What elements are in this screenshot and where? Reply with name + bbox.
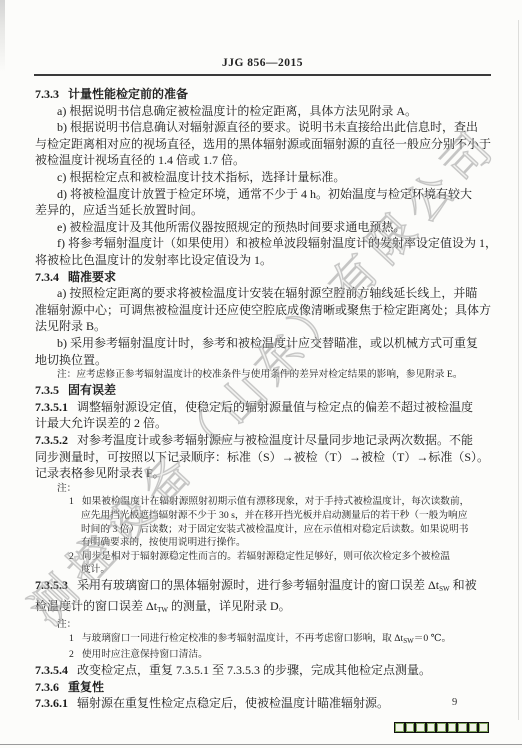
- text-line: 法见附录 B。: [35, 318, 493, 335]
- line-text: 记录表格参见附录表 F。: [35, 466, 165, 480]
- text-line: 7.3.5.3采用有玻璃窗口的黑体辐射源时，进行参考辐射温度计的窗口误差 ΔtS…: [35, 577, 493, 598]
- text-line: 同步测量时，可按照以下记录顺序：标准（S）→被检（T）→被检（T）→标准（S）。: [35, 449, 493, 466]
- line-text: 法见附录 B。: [35, 319, 106, 333]
- text-line: b) 根据说明书信息确认对辐射源直径的要求。说明书未直接给出此信息时，查出: [35, 119, 493, 136]
- text-line: 注：: [35, 618, 493, 632]
- line-text: 同步测量时，可按照以下记录顺序：标准（S）→被检（T）→被检（T）→标准（S）。: [35, 450, 489, 464]
- line-text: 计最大允许误差的 2 倍。: [35, 416, 167, 430]
- line-text: 采用有玻璃窗口的黑体辐射源时，进行参考辐射温度计的窗口误差 ΔtSW 和被: [77, 578, 477, 592]
- text-line: d) 将被检温度计放置于检定环境，通常不少于 4 h。初始温度与检定环境有较大: [35, 186, 493, 203]
- line-text: b) 采用参考辐射温度计时，参考和被检温度计应交替瞄准，或以机械方式可重复: [57, 336, 478, 350]
- text-line: 计最大允许误差的 2 倍。: [35, 415, 493, 432]
- text-line: 差异的，应适当延长放置时间。: [35, 202, 493, 219]
- line-text: 差异的，应适当延长放置时间。: [35, 203, 203, 217]
- clause-number: 7.3.5.3: [35, 578, 68, 592]
- clause-number: 7.3.4: [35, 270, 59, 284]
- text-line: 7.3.6重复性: [35, 679, 493, 696]
- barcode-cell: [479, 723, 488, 732]
- scan-edge-smudge: [0, 0, 5, 72]
- line-text: 使用时应注意保持窗口清洁。: [82, 649, 208, 660]
- line-text: 注：: [57, 619, 76, 630]
- clause-number: 2: [69, 551, 74, 562]
- scan-edge-line: [518, 20, 519, 720]
- line-text: 应先用挡光板遮挡辐射源不少于 30 s，并在移开挡光板并启动测量后的若干秒（一般…: [81, 510, 467, 521]
- scanned-document-page: 测控设备（山东）有限公司 JJG 856—2015 7.3.3计量性能检定前的准…: [0, 0, 522, 748]
- barcode-cell: [437, 723, 446, 732]
- line-text: b) 根据说明书信息确认对辐射源直径的要求。说明书未直接给出此信息时，查出: [57, 120, 478, 134]
- text-line: 7.3.6.1辐射源在重复性检定点稳定后，使被检温度计瞄准辐射源。: [35, 695, 493, 712]
- line-text: 计量性能检定前的准备: [68, 87, 188, 101]
- line-text: 地切换位置。: [35, 353, 107, 367]
- text-line: 7.3.5.4改变检定点，重复 7.3.5.1 至 7.3.5.3 的步骤，完成…: [35, 662, 493, 679]
- clause-number: 7.3.3: [35, 87, 59, 101]
- line-text: f) 将参考辐射温度计（如果使用）和被检单波段辐射温度计的发射率设定值设为 1，: [57, 236, 497, 250]
- line-text: c) 根据检定点和被检温度计技术指标，选择计量标准。: [57, 170, 345, 184]
- text-line: b) 采用参考辐射温度计时，参考和被检温度计应交替瞄准，或以机械方式可重复: [35, 335, 493, 352]
- barcode-cell: [458, 723, 467, 732]
- line-text: 将被检比色温度计的发射率比设定值设为 1。: [35, 253, 272, 267]
- clause-number: 7.3.6: [35, 680, 59, 694]
- barcode-cell: [416, 723, 425, 732]
- clause-number: 7.3.5.2: [35, 433, 68, 447]
- text-line: 1如果被检温度计在辐射源照射初期示值有漂移现象，对于手持式被检温度计，每次读数前…: [35, 495, 493, 509]
- text-line: 1与玻璃窗口一同进行检定校准的参考辐射温度计，不再考虑窗口影响，取 ΔtSW＝0…: [35, 632, 493, 649]
- clause-number: 7.3.5.1: [35, 400, 68, 414]
- clause-number: 1: [69, 633, 74, 644]
- page-number: 9: [452, 697, 457, 708]
- line-text: 瞄准要求: [68, 270, 116, 284]
- text-line: 度计。: [35, 563, 493, 577]
- barcode-cell: [448, 723, 457, 732]
- line-text: e) 被检温度计及其他所需仪器按照规定的预热时间要求通电预热。: [57, 220, 405, 234]
- text-line: 将被检比色温度计的发射率比设定值设为 1。: [35, 252, 493, 269]
- text-line: 地切换位置。: [35, 352, 493, 369]
- clause-number: 7.3.6.1: [35, 696, 68, 710]
- text-line: 7.3.3计量性能检定前的准备: [35, 86, 493, 103]
- text-line: 注：: [35, 482, 493, 496]
- line-text: 如果被检温度计在辐射源照射初期示值有漂移现象，对于手持式被检温度计，每次读数前，: [82, 496, 470, 507]
- text-line: f) 将参考辐射温度计（如果使用）和被检单波段辐射温度计的发射率设定值设为 1，: [35, 235, 493, 252]
- line-text: 与玻璃窗口一同进行检定校准的参考辐射温度计，不再考虑窗口影响，取 ΔtSW＝0 …: [82, 633, 451, 644]
- text-line: 2使用时应注意保持窗口清洁。: [35, 648, 493, 662]
- clause-number: 2: [69, 649, 74, 660]
- text-line: 记录表格参见附录表 F。: [35, 465, 493, 482]
- scan-bottom-line: [0, 744, 522, 745]
- line-text: a) 按照检定距离的要求将被检温度计安装在辐射源空腔前方轴线延长线上，并瞄: [57, 286, 477, 300]
- clause-number: 7.3.5: [35, 383, 59, 397]
- text-line: e) 被检温度计及其他所需仪器按照规定的预热时间要求通电预热。: [35, 219, 493, 236]
- text-line: 7.3.5.2对参考温度计或参考辐射源应与被检温度计尽量同步地记录两次数据。不能: [35, 432, 493, 449]
- line-text: 注：应考虑修正参考辐射温度计的校准条件与使用条件的差异对检定结果的影响，参见附录…: [57, 369, 463, 380]
- line-text: 对参考温度计或参考辐射源应与被检温度计尽量同步地记录两次数据。不能: [77, 433, 473, 447]
- binding-mark-barcode: [394, 722, 489, 733]
- barcode-cell: [395, 723, 404, 732]
- line-text: 准辐射源中心；可调焦被检温度计还应使空腔底成像清晰或聚焦于检定距离处；具体方: [35, 303, 491, 317]
- line-text: 固有误差: [68, 383, 116, 397]
- line-text: 改变检定点，重复 7.3.5.1 至 7.3.5.3 的步骤，完成其他检定点测量…: [77, 663, 431, 677]
- line-text: 与检定距离相对应的视场直径，选用的黑体辐射源或面辐射源的直径一般应分别不小于: [35, 137, 491, 151]
- text-line: 有明确要求的，按使用说明进行操作。: [35, 536, 493, 550]
- text-line: 与检定距离相对应的视场直径，选用的黑体辐射源或面辐射源的直径一般应分别不小于: [35, 136, 493, 153]
- text-line: 7.3.5.1调整辐射源设定值，使稳定后的辐射源量值与检定点的偏差不超过被检温度: [35, 399, 493, 416]
- line-text: d) 将被检温度计放置于检定环境，通常不少于 4 h。初始温度与检定环境有较大: [57, 187, 472, 201]
- text-line: a) 按照检定距离的要求将被检温度计安装在辐射源空腔前方轴线延长线上，并瞄: [35, 285, 493, 302]
- line-text: 检温度计的窗口误差 ΔtTW 的测量，详见附录 D。: [35, 599, 291, 613]
- line-text: 时间的 3 倍）后读数；对于固定安装式被检温度计，应在示值相对稳定后读数。如果说…: [81, 524, 469, 535]
- line-text: 度计。: [81, 564, 110, 575]
- line-text: 有明确要求的，按使用说明进行操作。: [81, 537, 246, 548]
- text-line: a) 根据说明书信息确定被检温度计的检定距离，具体方法见附录 A。: [35, 103, 493, 120]
- text-line: c) 根据检定点和被检温度计技术指标，选择计量标准。: [35, 169, 493, 186]
- line-text: 被检温度计视场直径的 1.4 倍或 1.7 倍。: [35, 153, 245, 167]
- barcode-cell: [406, 723, 415, 732]
- line-text: 同步是相对于辐射源稳定性而言的。若辐射源稳定性足够好，则可依次检定多个被检温: [82, 551, 450, 562]
- line-text: 调整辐射源设定值，使稳定后的辐射源量值与检定点的偏差不超过被检温度: [77, 400, 473, 414]
- text-line: 7.3.5固有误差: [35, 382, 493, 399]
- header-rule: [34, 74, 491, 76]
- clause-number: 1: [69, 496, 74, 507]
- clause-number: 7.3.5.4: [35, 663, 68, 677]
- text-line: 2同步是相对于辐射源稳定性而言的。若辐射源稳定性足够好，则可依次检定多个被检温: [35, 550, 493, 564]
- line-text: 辐射源在重复性检定点稳定后，使被检温度计瞄准辐射源。: [77, 696, 389, 710]
- text-line: 被检温度计视场直径的 1.4 倍或 1.7 倍。: [35, 152, 493, 169]
- barcode-cell: [427, 723, 436, 732]
- line-text: 注：: [57, 483, 76, 494]
- text-line: 准辐射源中心；可调焦被检温度计还应使空腔底成像清晰或聚焦于检定距离处；具体方: [35, 302, 493, 319]
- text-line: 7.3.4瞄准要求: [35, 269, 493, 286]
- text-line: 检温度计的窗口误差 ΔtTW 的测量，详见附录 D。: [35, 598, 493, 619]
- line-text: a) 根据说明书信息确定被检温度计的检定距离，具体方法见附录 A。: [57, 104, 417, 118]
- line-text: 重复性: [68, 680, 104, 694]
- document-header-title: JJG 856—2015: [35, 57, 490, 69]
- document-body: 7.3.3计量性能检定前的准备a) 根据说明书信息确定被检温度计的检定距离，具体…: [35, 86, 493, 712]
- text-line: 时间的 3 倍）后读数；对于固定安装式被检温度计，应在示值相对稳定后读数。如果说…: [35, 523, 493, 537]
- text-line: 应先用挡光板遮挡辐射源不少于 30 s，并在移开挡光板并启动测量后的若干秒（一般…: [35, 509, 493, 523]
- barcode-cell: [469, 723, 478, 732]
- text-line: 注：应考虑修正参考辐射温度计的校准条件与使用条件的差异对检定结果的影响，参见附录…: [35, 368, 493, 382]
